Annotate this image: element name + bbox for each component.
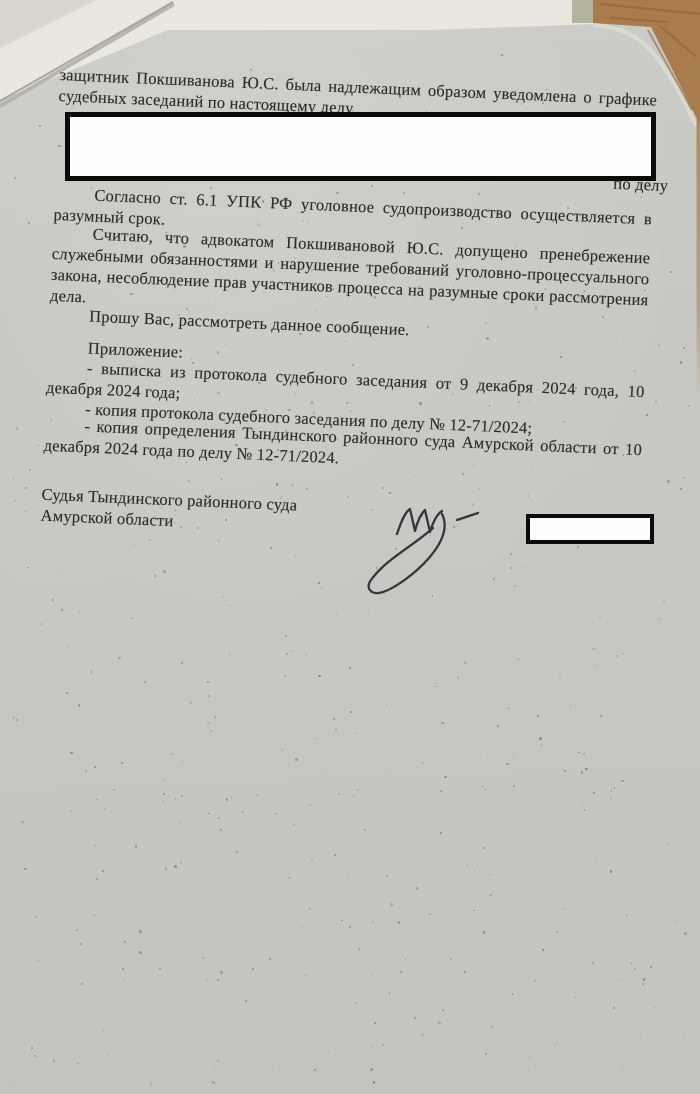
signature: [345, 494, 495, 604]
signer-line2: Амурской области: [40, 506, 174, 531]
signature-dash: [457, 513, 478, 520]
redaction-box-signature: [526, 514, 654, 544]
desk-edge-sliver: [697, 20, 700, 400]
redaction-box-top: [65, 112, 656, 181]
signature-zigzag: [397, 509, 442, 534]
document-photo: защитник Покшиванова Ю.С. была надлежащи…: [0, 0, 700, 1094]
table-edge-object: [572, 0, 595, 23]
